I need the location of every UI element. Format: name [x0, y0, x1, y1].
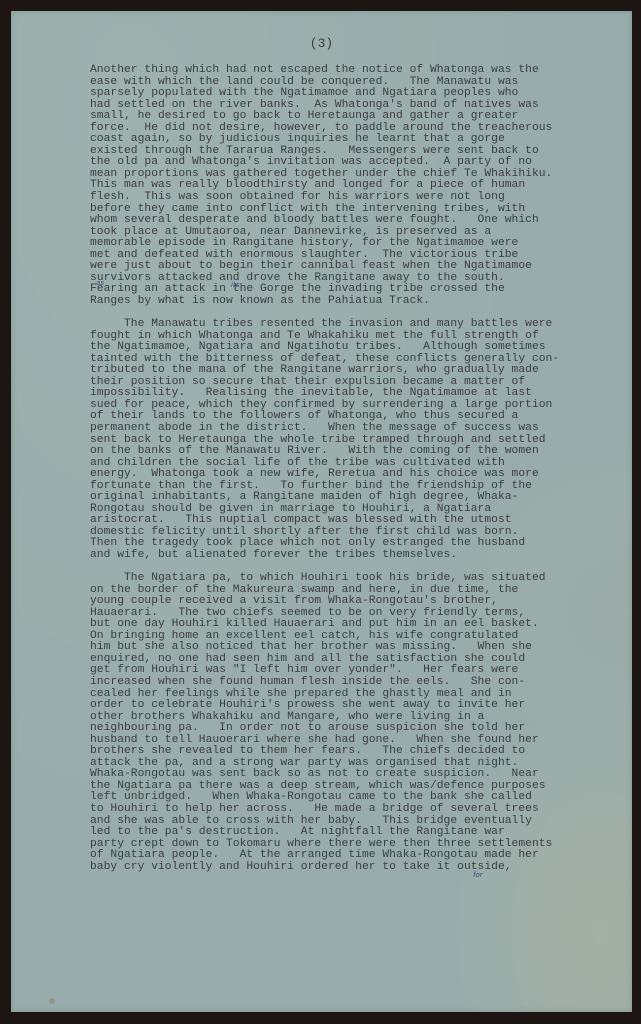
handwritten-annotation: its [231, 281, 239, 289]
text-line: whom several desperate and bloody battle… [90, 215, 630, 227]
text-line: baby cry violently and Houhiri ordered h… [90, 862, 630, 874]
text-line: the Ngatimamoe, Ngatiara and Ngatihotu t… [90, 342, 630, 354]
handwritten-annotation: for [473, 871, 483, 879]
page-number: (3) [11, 36, 632, 51]
text-line: energy. Whatonga took a new wife, Reretu… [90, 469, 630, 481]
text-line: young couple received a visit from Whaka… [90, 596, 630, 608]
text-line: and wife, but alienated forever the trib… [90, 550, 630, 562]
text-line: permanent abode in the district. When th… [90, 423, 630, 435]
text-line: on the banks of the Manawatu River. With… [90, 446, 630, 458]
text-line: neighbouring pa. In order not to arouse … [90, 723, 630, 735]
text-line: sparsely populated with the Ngatimamoe a… [90, 88, 630, 100]
handwritten-annotation: as [96, 279, 104, 287]
text-line: increased when she found human flesh ins… [90, 677, 630, 689]
text-line: flesh. This was soon obtained for his wa… [90, 192, 630, 204]
document-page: (3) Another thing which had not escaped … [11, 11, 632, 1012]
text-line: order to celebrate Houhiri's prowess she… [90, 700, 630, 712]
text-line: of Ngatiara people. At the arranged time… [90, 850, 630, 862]
text-line: Ranges by what is now known as the Pahia… [90, 296, 630, 308]
paragraph-1: Another thing which had not escaped the … [90, 65, 630, 307]
paragraph-3: The Ngatiara pa, to which Houhiri took h… [90, 573, 630, 873]
text-line: The Ngatiara pa, to which Houhiri took h… [90, 573, 630, 585]
paper-stain [49, 998, 55, 1004]
text-line: to Houhiri to help her across. He made a… [90, 804, 630, 816]
paragraph-2: The Manawatu tribes resented the invasio… [90, 319, 630, 561]
text-line: Another thing which had not escaped the … [90, 65, 630, 77]
text-line: led to the pa's destruction. At nightfal… [90, 827, 630, 839]
document-body: Another thing which had not escaped the … [90, 65, 630, 885]
text-line: The Manawatu tribes resented the invasio… [90, 319, 630, 331]
text-line: small, he desired to go back to Heretaun… [90, 111, 630, 123]
